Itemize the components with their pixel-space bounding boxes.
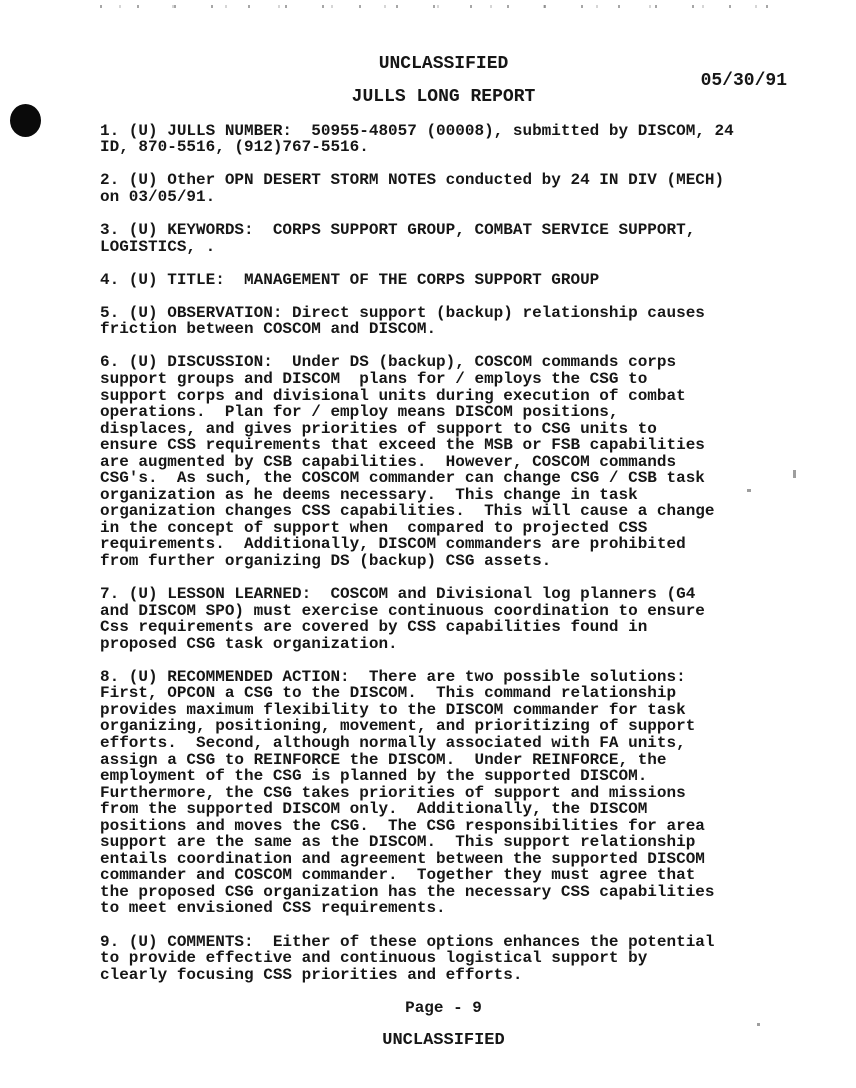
- paragraph-comments: 9. (U) COMMENTS: Either of these options…: [100, 934, 787, 984]
- paragraph-lesson-learned: 7. (U) LESSON LEARNED: COSCOM and Divisi…: [100, 586, 787, 652]
- report-header: UNCLASSIFIED 05/30/91 JULLS LONG REPORT: [100, 56, 787, 106]
- scan-speck: [793, 470, 796, 478]
- classification-banner-bottom: UNCLASSIFIED: [100, 1033, 787, 1050]
- paragraph-recommended-action: 8. (U) RECOMMENDED ACTION: There are two…: [100, 669, 787, 917]
- report-body: 1. (U) JULLS NUMBER: 50955-48057 (00008)…: [100, 123, 787, 983]
- report-title: JULLS LONG REPORT: [100, 89, 787, 106]
- paragraph-keywords: 3. (U) KEYWORDS: CORPS SUPPORT GROUP, CO…: [100, 222, 787, 255]
- paragraph-title: 4. (U) TITLE: MANAGEMENT OF THE CORPS SU…: [100, 272, 787, 289]
- paragraph-discussion: 6. (U) DISCUSSION: Under DS (backup), CO…: [100, 354, 787, 569]
- page-content: UNCLASSIFIED 05/30/91 JULLS LONG REPORT …: [100, 56, 787, 1049]
- paragraph-notes: 2. (U) Other OPN DESERT STORM NOTES cond…: [100, 172, 787, 205]
- paragraph-julls-number: 1. (U) JULLS NUMBER: 50955-48057 (00008)…: [100, 123, 787, 156]
- report-footer: Page - 9 UNCLASSIFIED: [100, 1000, 787, 1050]
- scan-noise: [100, 5, 780, 8]
- scanned-report-page: UNCLASSIFIED 05/30/91 JULLS LONG REPORT …: [0, 0, 856, 1088]
- paragraph-observation: 5. (U) OBSERVATION: Direct support (back…: [100, 305, 787, 338]
- classification-banner-top: UNCLASSIFIED: [100, 56, 787, 73]
- punch-hole-mark: [10, 104, 41, 137]
- page-number: Page - 9: [100, 1000, 787, 1017]
